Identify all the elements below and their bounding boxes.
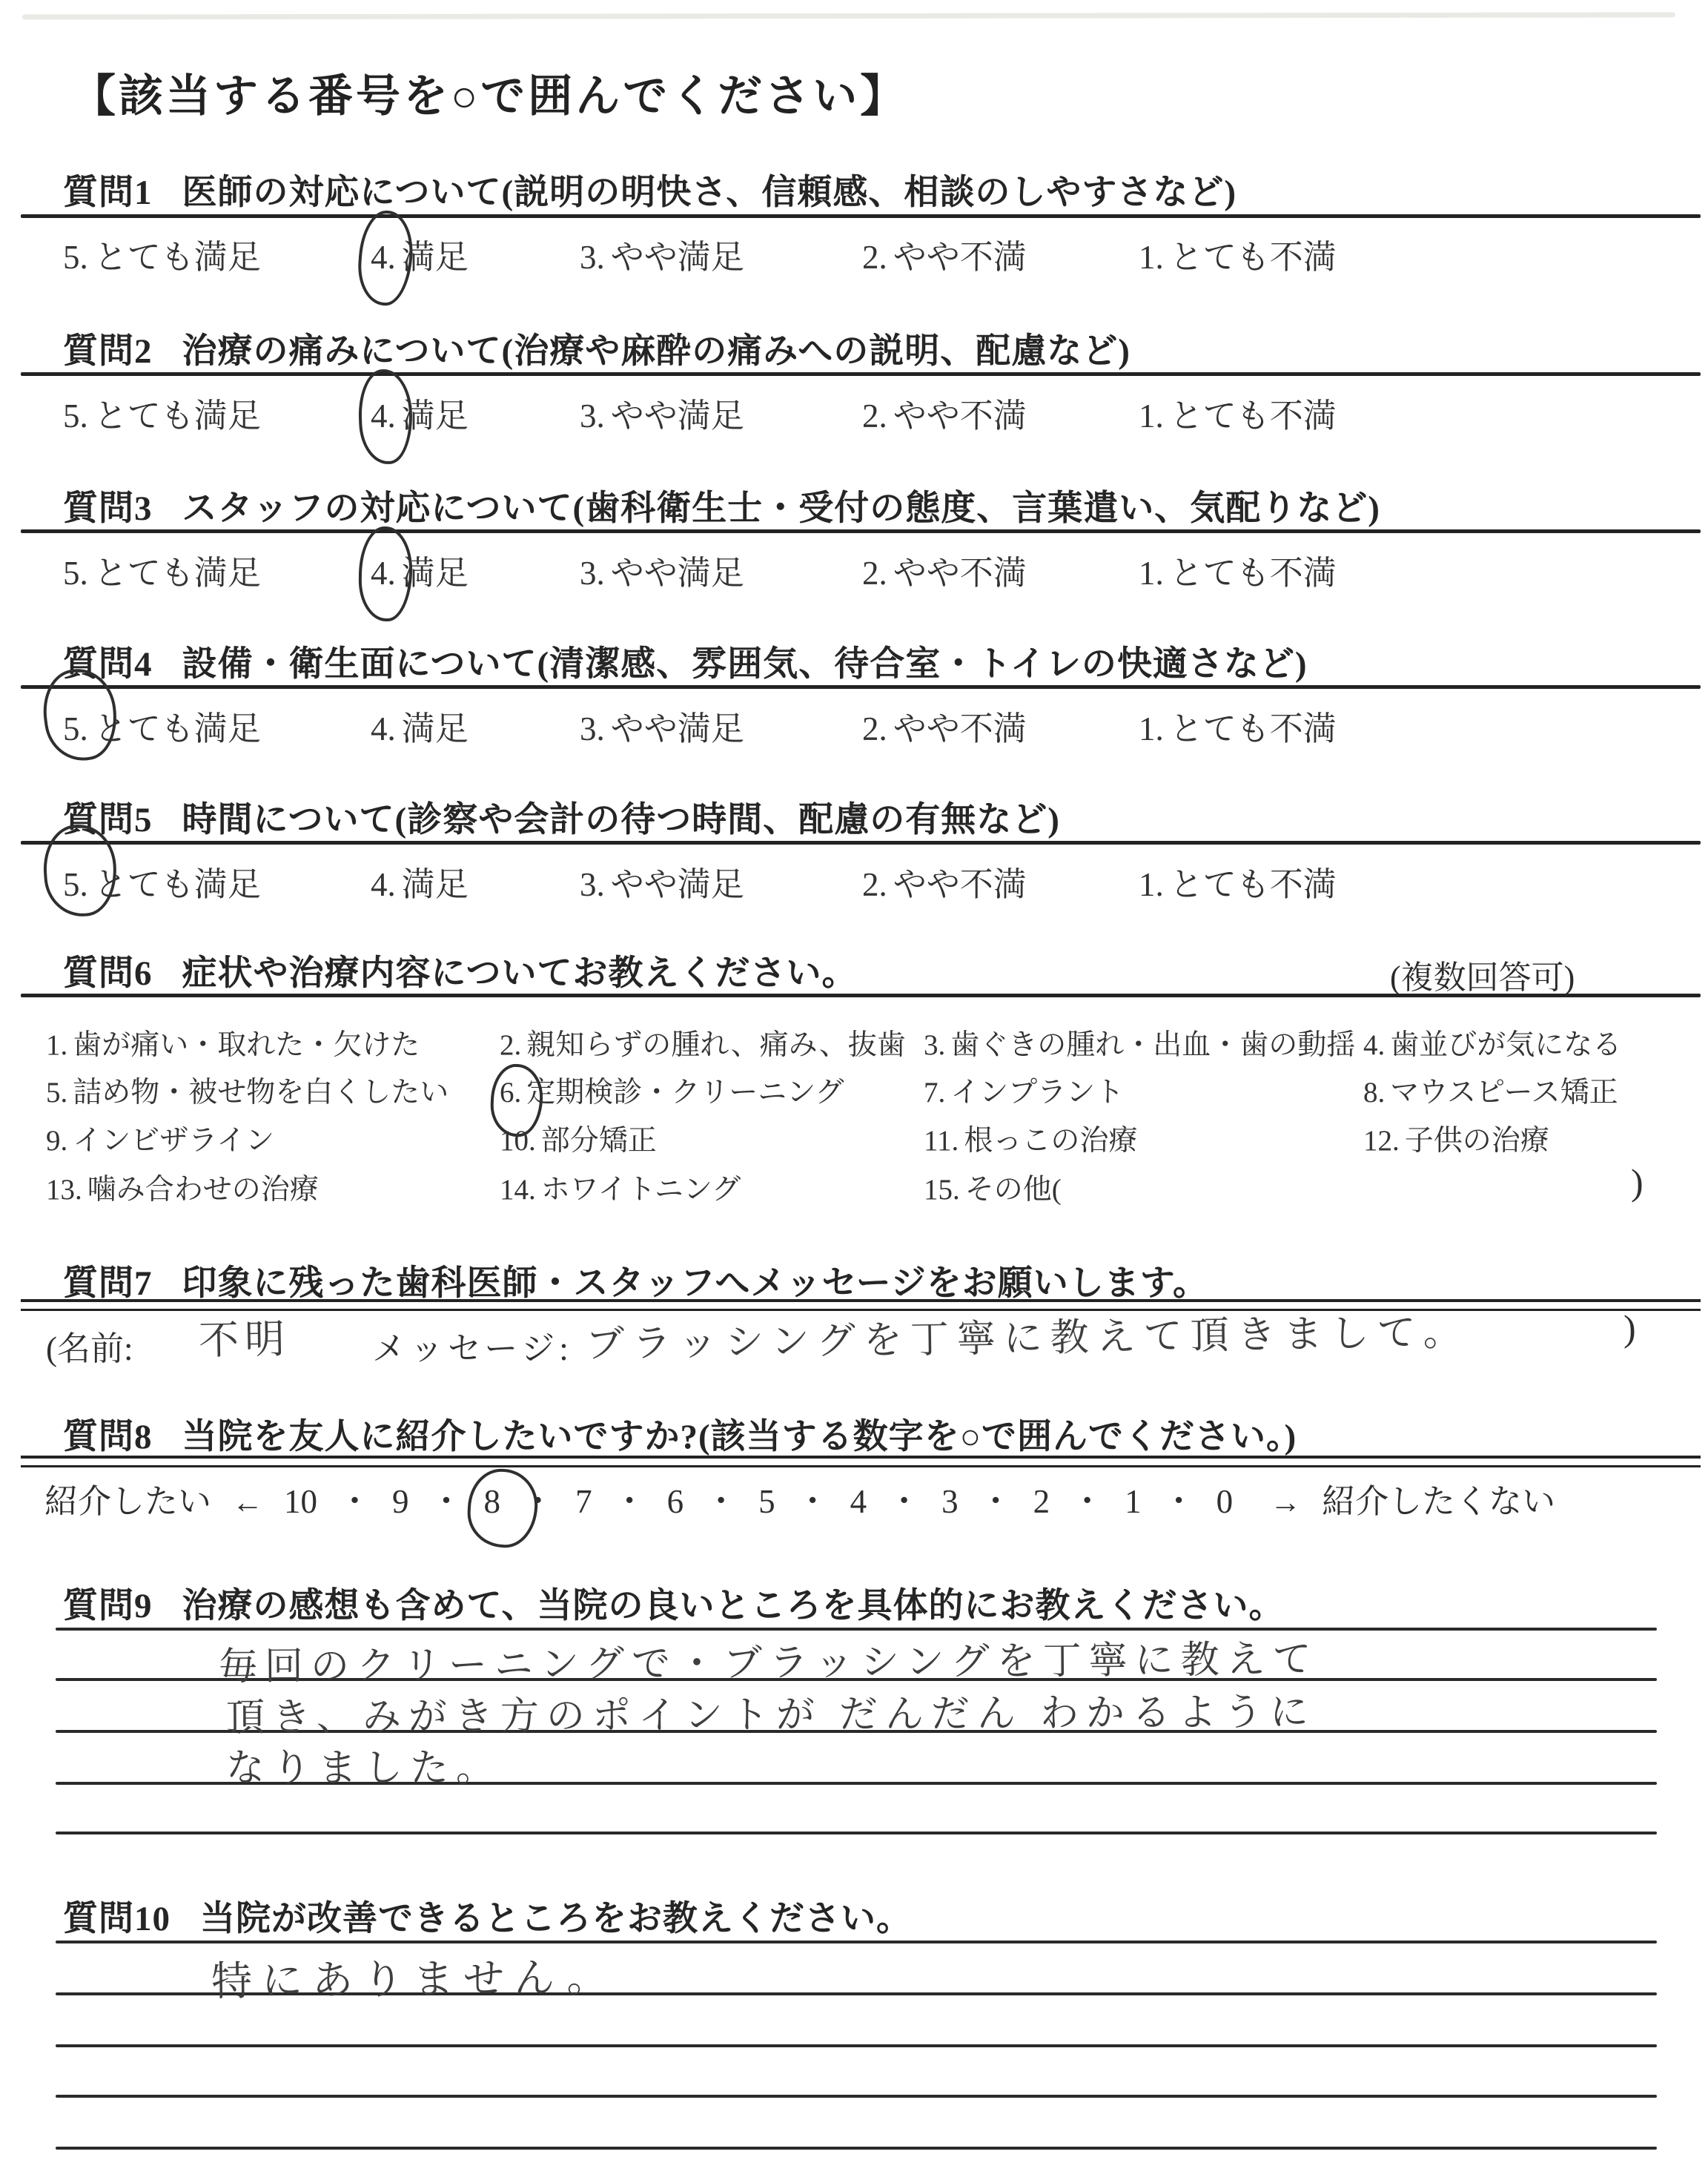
rule-line [21,841,1701,845]
rating-option: 3.やや満足 [580,230,744,278]
option-label: 根っこの治療 [964,1125,1137,1157]
option-label: とても満足 [94,397,261,435]
scale-number: 10 [284,1482,317,1521]
scale-number: 2 [1033,1482,1050,1521]
option-label: やや不満 [893,239,1027,276]
rating-option: 5.とても満足 [63,389,261,437]
option-label: やや不満 [893,397,1027,435]
message-field-label: メッセージ: [372,1321,573,1370]
option-label: マウスピース矯正 [1390,1077,1618,1109]
rating-option: 3.やや満足 [580,857,744,905]
rating-option: 1.とても不満 [1139,546,1337,594]
option-number: 5. [63,397,88,435]
question-label: 質問9 [63,1578,153,1628]
option-label: 満足 [402,710,469,747]
dot-separator: ・ [338,1474,371,1522]
question-label: 質問2 [63,323,153,373]
option-number: 11. [924,1124,959,1157]
option-label: ホワイトニング [541,1174,741,1206]
option-number: 15. [924,1173,960,1206]
name-handwriting: 不明 [198,1307,291,1366]
question-label: 質問1 [63,165,153,214]
rule-line [21,372,1701,376]
option-number: 3. [580,555,605,592]
scale-number: 5 [758,1482,775,1521]
option-number: 3. [580,397,605,435]
question-label: 質問5 [63,792,153,842]
dot-separator: ・ [887,1474,921,1522]
question-title: 設備・衛生面について(清潔感、雰囲気、待合室・トイレの快適さなど) [182,636,1308,686]
rule-line [21,214,1701,218]
symptom-option-selected: 6.定期検診・クリーニング [500,1069,844,1111]
option-number: 6. [500,1076,521,1109]
option-number: 2. [862,866,887,903]
option-label: とても不満 [1170,866,1337,903]
option-label: やや満足 [611,397,744,435]
option-number: 5. [63,239,88,276]
left-arrow-icon: ← [232,1485,263,1521]
survey-scan-page: 【該当する番号を○で囲んでください】 質問1 医師の対応について(説明の明快さ、… [0,0,1708,2160]
option-number: 1. [1139,710,1164,747]
scale-number: 1 [1125,1482,1142,1521]
rating-option-selected: 5.とても満足 [63,857,261,905]
rating-option: 2.やや不満 [862,701,1027,750]
option-number: 2. [500,1028,521,1062]
option-number: 2. [862,239,887,276]
scale-number: 4 [850,1482,867,1521]
field-close-paren: ) [1623,1307,1636,1350]
question-title: 症状や治療内容についてお教えください。 [182,945,858,995]
option-label: とても満足 [94,710,261,747]
scan-artifact-line [22,12,1675,19]
symptom-option: 7.インプラント [924,1069,1124,1111]
option-number: 10. [500,1124,536,1157]
option-label: 満足 [402,397,469,435]
rating-option: 5.とても満足 [63,546,261,594]
option-number: 3. [580,866,605,903]
rating-option: 5.とても満足 [63,230,261,278]
option-number: 2. [862,555,887,592]
option-label: とても満足 [94,866,261,903]
option-label: 噛み合わせの治療 [87,1174,319,1206]
option-label: 親知らずの腫れ、痛み、抜歯 [526,1029,906,1061]
option-number: 5. [63,710,88,747]
option-number: 12. [1363,1124,1400,1157]
question-label: 質問10 [63,1891,171,1941]
question-title: 治療の感想も含めて、当院の良いところを具体的にお教えください。 [182,1578,1285,1628]
writing-line [56,1832,1657,1834]
dot-separator: ・ [521,1474,555,1522]
writing-line [56,2044,1657,2047]
option-label: やや不満 [893,555,1027,592]
question-label: 質問8 [63,1409,153,1459]
name-field-label: (名前: [46,1321,133,1370]
rule-line [21,994,1701,997]
option-number: 1. [1139,397,1164,435]
question-title: 時間について(診察や会計の待つ時間、配慮の有無など) [182,792,1060,842]
option-number: 5. [63,555,88,592]
question-label: 質問4 [63,636,153,686]
option-number: 13. [46,1173,82,1206]
option-number: 4. [1363,1028,1385,1062]
rating-option: 3.やや満足 [580,389,744,437]
option-number: 14. [500,1173,536,1206]
question-title: スタッフの対応について(歯科衛生士・受付の態度、言葉遣い、気配りなど) [182,480,1380,530]
question-label: 質問6 [63,945,153,995]
option-label: やや満足 [611,710,744,747]
rating-option: 4.満足 [371,857,469,905]
option-label: 歯並びが気になる [1390,1029,1621,1061]
rating-option: 2.やや不満 [862,230,1027,278]
symptom-option: 9.インビザライン [46,1117,274,1159]
option-label: 詰め物・被せ物を白くしたい [73,1077,448,1109]
option-label: インビザライン [73,1125,274,1157]
rating-option: 3.やや満足 [580,546,744,594]
rule-line [21,1456,1701,1467]
option-label: 部分矯正 [541,1125,657,1157]
symptom-option: 10.部分矯正 [500,1117,657,1159]
comment-handwriting-line2: 頂き、みがき方のポイントが だんだん わかるように [226,1680,1316,1742]
option-number: 2. [862,710,887,747]
rating-option: 1.とても不満 [1139,701,1337,750]
option-label: やや不満 [893,710,1027,747]
rating-option: 2.やや不満 [862,546,1027,594]
symptom-option: 4.歯並びが気になる [1363,1022,1621,1063]
dot-separator: ・ [430,1474,463,1522]
dot-separator: ・ [613,1474,646,1522]
question-title: 当院を友人に紹介したいですか?(該当する数字を○で囲んでください。) [182,1409,1297,1459]
option-number: 3. [924,1028,945,1062]
option-label: 歯が痛い・取れた・欠けた [73,1029,420,1061]
symptom-option: 15.その他( [924,1166,1062,1208]
option-number: 4. [371,710,396,747]
scale-left-label: 紹介したい [44,1474,211,1522]
question-label: 質問3 [63,480,153,530]
option-label: とても不満 [1170,555,1337,592]
option-label: 歯ぐきの腫れ・出血・歯の動揺 [950,1029,1355,1061]
rating-option-selected: 4.満足 [371,389,469,437]
question-title: 印象に残った歯科医師・スタッフへメッセージをお願いします。 [182,1255,1208,1305]
option-number: 1. [1139,239,1164,276]
rule-line [21,529,1701,533]
option-label: やや満足 [611,555,744,592]
scale-right-label: 紹介したくない [1322,1474,1555,1522]
option-label: 満足 [402,239,469,276]
other-close-paren: ) [1631,1160,1644,1203]
rating-option-selected: 4.満足 [371,230,469,278]
option-number: 1. [46,1028,67,1062]
scale-number: 6 [667,1482,684,1521]
multi-answer-note: (複数回答可) [1390,951,1575,998]
option-number: 1. [1139,555,1164,592]
message-handwriting: ブラッシングを丁寧に教えて頂きまして。 [586,1301,1471,1369]
rating-option: 2.やや不満 [862,857,1027,905]
option-label: やや満足 [611,239,744,276]
symptom-option: 3.歯ぐきの腫れ・出血・歯の動揺 [924,1022,1355,1063]
scale-number: 0 [1217,1482,1234,1521]
question-title: 治療の痛みについて(治療や麻酔の痛みへの説明、配慮など) [182,323,1131,373]
dot-separator: ・ [979,1474,1013,1522]
option-number: 4. [371,866,396,903]
scale-number: 3 [941,1482,959,1521]
dot-separator: ・ [1070,1474,1104,1522]
comment-handwriting-line3: なりました。 [226,1737,502,1792]
rating-option-selected: 5.とても満足 [63,701,261,750]
option-number: 9. [46,1124,67,1157]
writing-line [56,2095,1657,2098]
question-title: 医師の対応について(説明の明快さ、信頼感、相談のしやすさなど) [182,165,1237,214]
option-label: 満足 [402,866,469,903]
rating-option: 3.やや満足 [580,701,744,750]
option-number: 5. [63,866,88,903]
rating-option: 1.とても不満 [1139,389,1337,437]
question-label: 質問7 [63,1255,153,1305]
rating-option: 1.とても不満 [1139,857,1337,905]
scale-number: 9 [392,1482,409,1521]
option-label: とても満足 [94,239,261,276]
option-number: 3. [580,710,605,747]
option-label: やや満足 [611,866,744,903]
dot-separator: ・ [796,1474,830,1522]
option-label: インプラント [950,1077,1124,1109]
option-number: 5. [46,1076,67,1109]
writing-line [56,1941,1657,1943]
rating-option: 1.とても不満 [1139,230,1337,278]
symptom-option: 11.根っこの治療 [924,1117,1137,1159]
option-number: 4. [371,555,396,592]
symptom-option: 14.ホワイトニング [500,1166,741,1208]
option-label: 満足 [402,555,469,592]
scale-number-selected: 8 [484,1482,501,1521]
symptom-option: 1.歯が痛い・取れた・欠けた [46,1022,420,1063]
option-label: その他( [965,1174,1062,1206]
option-number: 3. [580,239,605,276]
improvement-handwriting: 特にありません。 [211,1944,618,2007]
right-arrow-icon: → [1270,1485,1301,1521]
option-number: 7. [924,1076,945,1109]
nps-scale-row: 紹介したい ← 10 ・ 9 ・ 8 ・ 7 ・ 6 ・ 5 ・ 4 ・ 3 ・… [44,1474,1555,1522]
option-number: 4. [371,397,396,435]
option-number: 1. [1139,866,1164,903]
symptom-option: 5.詰め物・被せ物を白くしたい [46,1069,448,1111]
option-label: とても不満 [1170,397,1337,435]
option-number: 2. [862,397,887,435]
option-label: 定期検診・クリーニング [526,1077,844,1109]
option-number: 8. [1363,1076,1385,1109]
symptom-option: 8.マウスピース矯正 [1363,1069,1618,1111]
option-label: やや不満 [893,866,1027,903]
option-number: 4. [371,239,396,276]
dot-separator: ・ [704,1474,738,1522]
symptom-option: 12.子供の治療 [1363,1117,1549,1159]
rating-option: 2.やや不満 [862,389,1027,437]
rating-option-selected: 4.満足 [371,546,469,594]
symptom-option: 13.噛み合わせの治療 [46,1166,319,1208]
page-title: 【該当する番号を○で囲んでください】 [71,61,907,125]
option-label: 子供の治療 [1405,1125,1549,1157]
question-title: 当院が改善できるところをお教えください。 [200,1891,912,1941]
scale-number: 7 [575,1482,592,1521]
symptom-option: 2.親知らずの腫れ、痛み、抜歯 [500,1022,906,1063]
rule-line [21,685,1701,689]
option-label: とても不満 [1170,239,1337,276]
dot-separator: ・ [1162,1474,1196,1522]
rating-option: 4.満足 [371,701,469,750]
writing-line [56,2147,1657,2150]
option-label: とても不満 [1170,710,1337,747]
option-label: とても満足 [94,555,261,592]
